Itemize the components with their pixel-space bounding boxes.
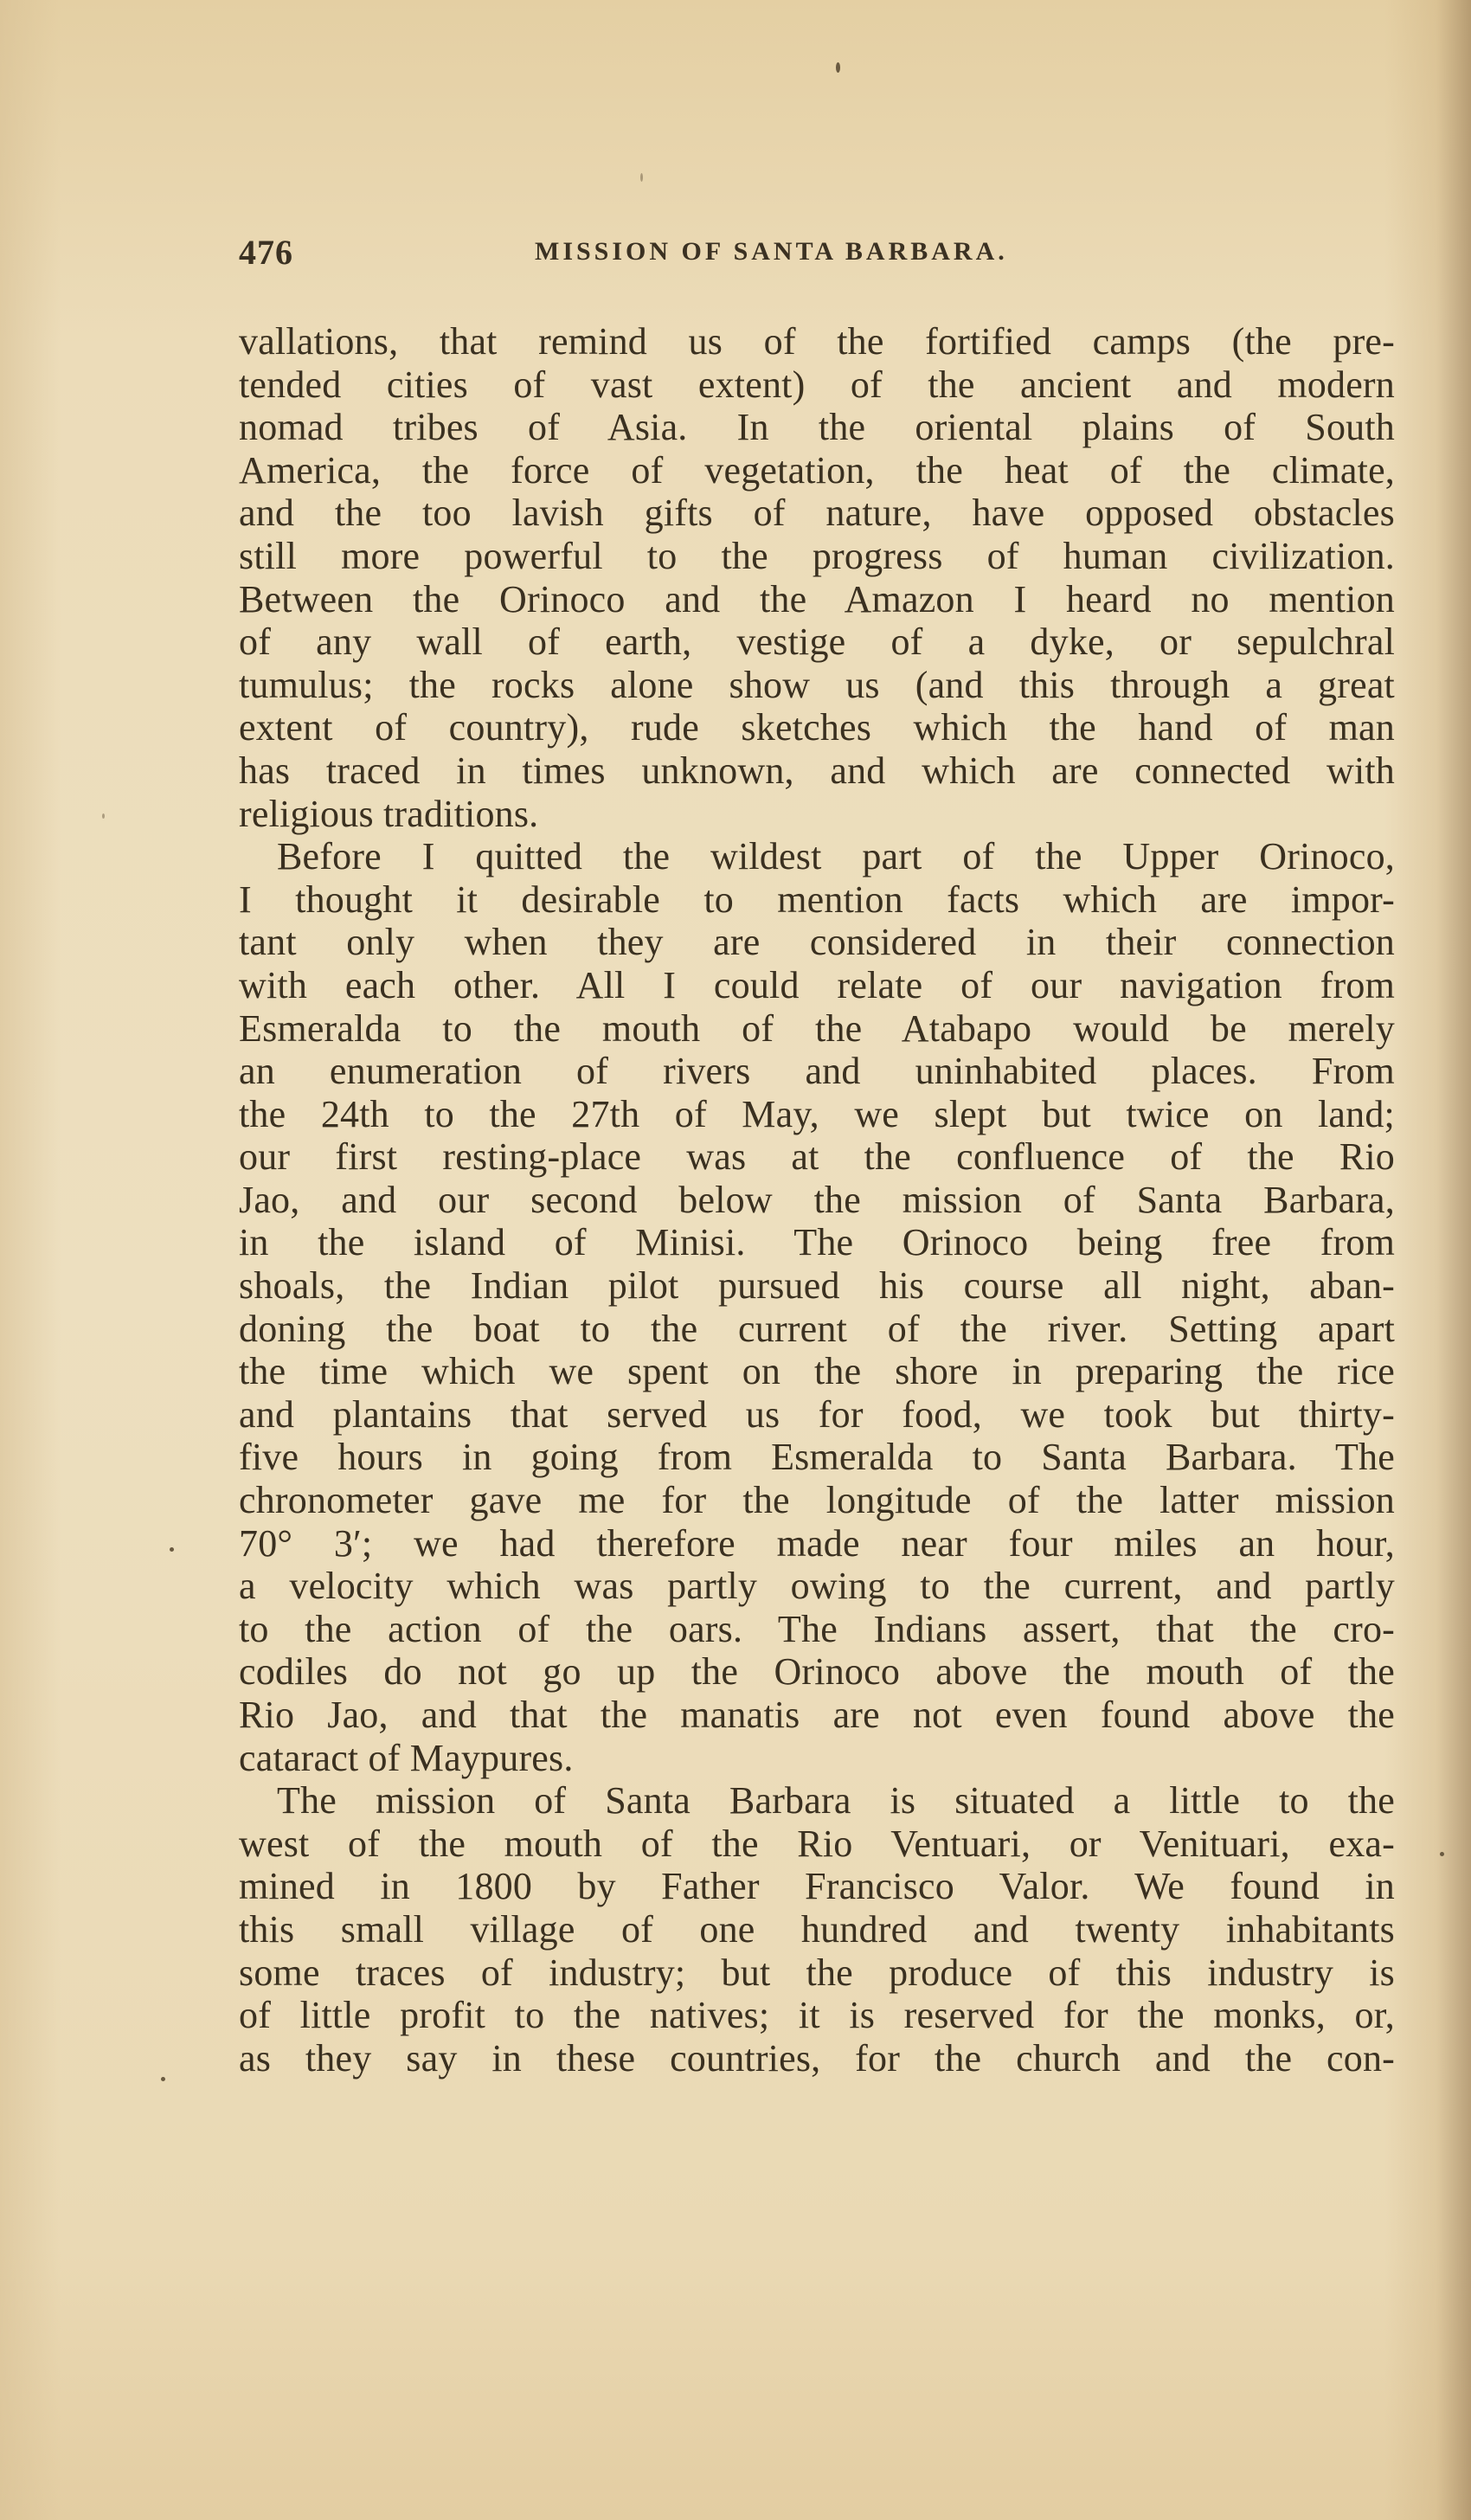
text-line: I thought it desirable to mention facts … bbox=[239, 878, 1395, 922]
book-page: 476 MISSION OF SANTA BARBARA. vallations… bbox=[0, 0, 1471, 2520]
paper-speck bbox=[836, 62, 840, 73]
text-line: the time which we spent on the shore in … bbox=[239, 1350, 1395, 1393]
text-line: America, the force of vegetation, the he… bbox=[239, 449, 1395, 492]
text-line: Before I quitted the wildest part of the… bbox=[239, 835, 1395, 878]
text-line: tended cities of vast extent) of the anc… bbox=[239, 363, 1395, 407]
text-line: Between the Orinoco and the Amazon I hea… bbox=[239, 578, 1395, 621]
text-line: Jao, and our second below the mission of… bbox=[239, 1179, 1395, 1222]
text-line: religious traditions. bbox=[239, 793, 1395, 836]
text-line: an enumeration of rivers and uninhabited… bbox=[239, 1050, 1395, 1093]
paragraph: vallations, that remind us of the fortif… bbox=[239, 320, 1395, 835]
text-line: has traced in times unknown, and which a… bbox=[239, 749, 1395, 793]
text-line: of little profit to the natives; it is r… bbox=[239, 1994, 1395, 2037]
text-line: tant only when they are considered in th… bbox=[239, 921, 1395, 964]
text-line: five hours in going from Esmeralda to Sa… bbox=[239, 1436, 1395, 1479]
text-line: as they say in these countries, for the … bbox=[239, 2037, 1395, 2080]
running-title: MISSION OF SANTA BARBARA. bbox=[535, 237, 1008, 267]
paper-speck bbox=[170, 1547, 174, 1552]
text-line: mined in 1800 by Father Francisco Valor.… bbox=[239, 1865, 1395, 1908]
text-line: vallations, that remind us of the fortif… bbox=[239, 320, 1395, 363]
text-line: our first resting-place was at the confl… bbox=[239, 1135, 1395, 1179]
text-line: of any wall of earth, vestige of a dyke,… bbox=[239, 620, 1395, 664]
text-line: extent of country), rude sketches which … bbox=[239, 706, 1395, 749]
paper-speck bbox=[1440, 1852, 1444, 1856]
paper-speck bbox=[102, 813, 105, 819]
text-line: codiles do not go up the Orinoco above t… bbox=[239, 1650, 1395, 1694]
text-line: some traces of industry; but the produce… bbox=[239, 1951, 1395, 1995]
page-number: 476 bbox=[239, 232, 293, 273]
text-line: 70° 3′; we had therefore made near four … bbox=[239, 1522, 1395, 1565]
page-header: 476 MISSION OF SANTA BARBARA. bbox=[239, 232, 1395, 270]
text-line: west of the mouth of the Rio Ventuari, o… bbox=[239, 1822, 1395, 1866]
text-line: tumulus; the rocks alone show us (and th… bbox=[239, 664, 1395, 707]
paper-speck bbox=[640, 173, 643, 182]
text-line: still more powerful to the progress of h… bbox=[239, 535, 1395, 578]
text-line: with each other. All I could relate of o… bbox=[239, 964, 1395, 1007]
text-line: Rio Jao, and that the manatis are not ev… bbox=[239, 1694, 1395, 1737]
text-line: Esmeralda to the mouth of the Atabapo wo… bbox=[239, 1007, 1395, 1051]
text-line: nomad tribes of Asia. In the oriental pl… bbox=[239, 406, 1395, 449]
text-line: this small village of one hundred and tw… bbox=[239, 1908, 1395, 1951]
text-line: a velocity which was partly owing to the… bbox=[239, 1565, 1395, 1608]
body-text: vallations, that remind us of the fortif… bbox=[239, 320, 1395, 2080]
paragraph: The mission of Santa Barbara is situated… bbox=[239, 1779, 1395, 2080]
text-line: the 24th to the 27th of May, we slept bu… bbox=[239, 1093, 1395, 1136]
text-line: doning the boat to the current of the ri… bbox=[239, 1308, 1395, 1351]
text-line: and plantains that served us for food, w… bbox=[239, 1393, 1395, 1437]
paper-speck bbox=[161, 2077, 165, 2081]
text-line: to the action of the oars. The Indians a… bbox=[239, 1608, 1395, 1651]
text-line: The mission of Santa Barbara is situated… bbox=[239, 1779, 1395, 1822]
text-line: cataract of Maypures. bbox=[239, 1737, 1395, 1780]
text-line: in the island of Minisi. The Orinoco bei… bbox=[239, 1221, 1395, 1264]
text-line: shoals, the Indian pilot pursued his cou… bbox=[239, 1264, 1395, 1308]
text-line: chronometer gave me for the longitude of… bbox=[239, 1479, 1395, 1522]
paragraph: Before I quitted the wildest part of the… bbox=[239, 835, 1395, 1779]
text-line: and the too lavish gifts of nature, have… bbox=[239, 492, 1395, 535]
